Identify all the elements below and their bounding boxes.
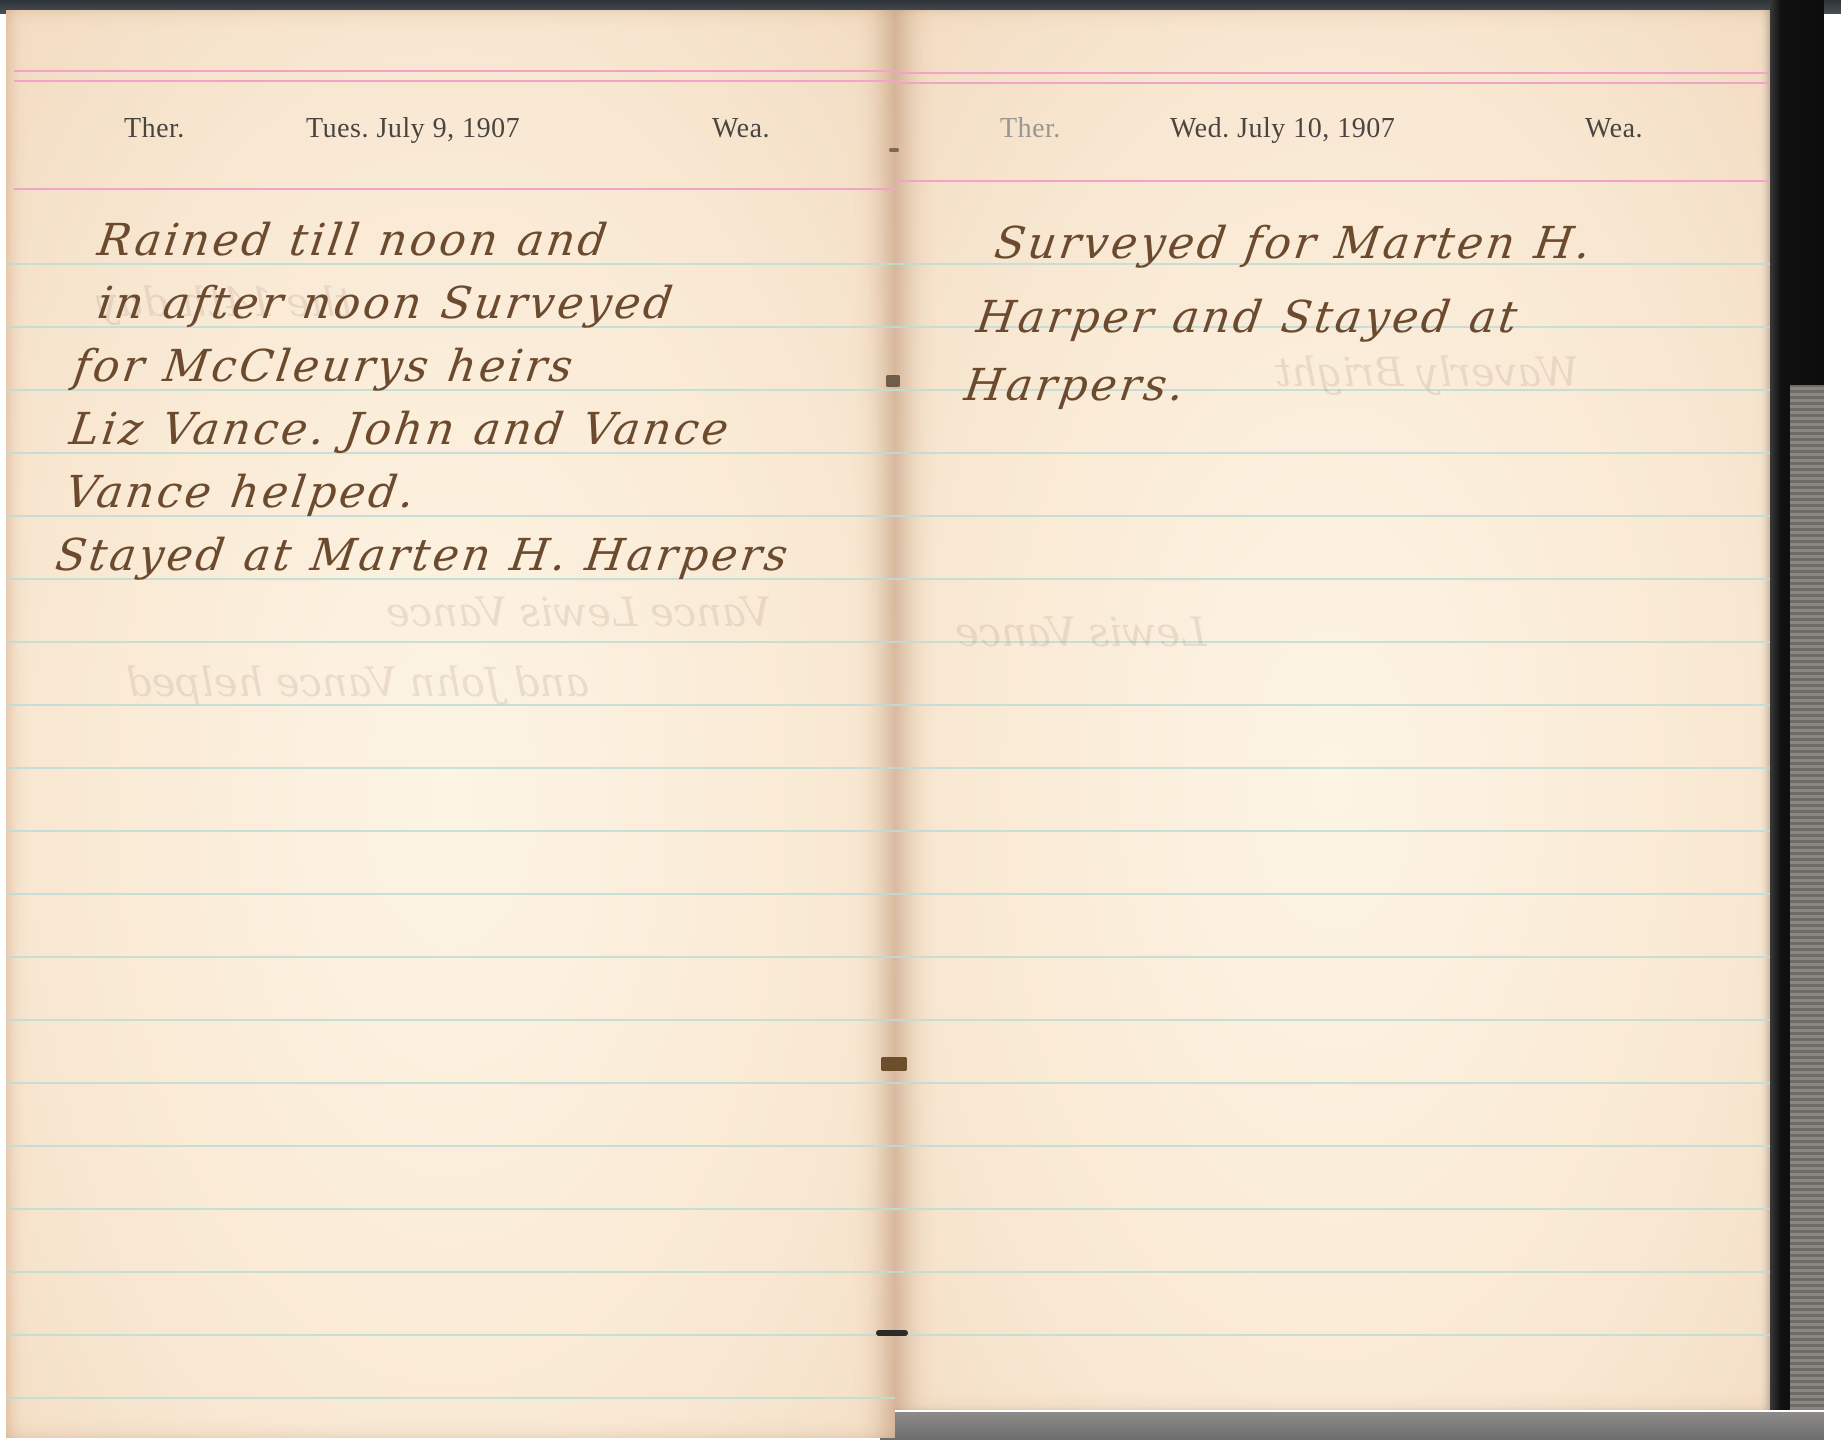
diary-page-july-9: Ther. Tues. July 9, 1907 Wea. the 14th d… xyxy=(6,10,895,1438)
page-block-edge xyxy=(1790,385,1824,1410)
header-rule-bottom xyxy=(14,188,895,190)
binding-thread-mark xyxy=(881,1057,907,1071)
ruled-line xyxy=(6,767,895,769)
handwritten-line: in after noon Surveyed xyxy=(94,278,678,329)
ruled-line xyxy=(6,1145,895,1147)
wea-label: Wea. xyxy=(712,113,770,145)
bleed-through: Waverly Bright xyxy=(1275,350,1579,396)
binding-thread-mark xyxy=(889,148,899,152)
binding-thread-mark xyxy=(886,375,900,387)
ruled-line xyxy=(895,1271,1770,1273)
date-heading: Tues. July 9, 1907 xyxy=(306,113,520,145)
handwritten-line: Liz Vance. John and Vance xyxy=(66,404,734,455)
ruled-line xyxy=(6,893,895,895)
ruled-line xyxy=(895,578,1770,580)
book-cover-bottom-edge xyxy=(880,1412,1824,1440)
handwritten-line: Surveyed for Marten H. xyxy=(991,218,1596,269)
ruled-line xyxy=(6,641,895,643)
ruled-line xyxy=(895,956,1770,958)
ther-label: Ther. xyxy=(1000,113,1061,145)
ruled-line xyxy=(895,452,1770,454)
ruled-line xyxy=(6,830,895,832)
ruled-line xyxy=(6,956,895,958)
header-rule-top-double xyxy=(14,80,895,82)
ruled-line xyxy=(6,1208,895,1210)
ruled-line xyxy=(895,704,1770,706)
ruled-line xyxy=(895,1208,1770,1210)
handwritten-line: for McCleurys heirs xyxy=(70,341,578,392)
ruled-line xyxy=(895,893,1770,895)
bleed-through: Lewis Vance xyxy=(955,610,1206,656)
ruled-line xyxy=(895,1019,1770,1021)
bleed-through: and John Vance helped xyxy=(126,660,589,706)
ruled-line xyxy=(895,767,1770,769)
header-rule-bottom xyxy=(895,180,1770,182)
handwritten-line: Stayed at Marten H. Harpers xyxy=(52,530,793,581)
ruled-line xyxy=(6,1019,895,1021)
ruled-line xyxy=(895,515,1770,517)
handwritten-line: Vance helped. xyxy=(62,467,420,518)
bleed-through: Vance Lewis Vance xyxy=(386,590,771,636)
header-rule-top-double xyxy=(895,82,1770,84)
ther-label: Ther. xyxy=(124,113,185,145)
binding-thread-mark xyxy=(876,1330,908,1336)
ruled-line xyxy=(895,830,1770,832)
header-rule-top xyxy=(14,70,895,72)
ruled-line xyxy=(895,1145,1770,1147)
ruled-line xyxy=(6,1334,895,1336)
ruled-line xyxy=(895,1082,1770,1084)
handwritten-line: Harper and Stayed at xyxy=(973,292,1523,343)
header-rule-top xyxy=(895,72,1770,74)
ruled-line xyxy=(895,1334,1770,1336)
wea-label: Wea. xyxy=(1585,113,1643,145)
diary-page-july-10: Ther. Wed. July 10, 1907 Wea. Waverly Br… xyxy=(895,10,1770,1410)
ruled-line xyxy=(6,1397,895,1399)
ruled-line xyxy=(6,1271,895,1273)
handwritten-line: Harpers. xyxy=(961,360,1190,411)
handwritten-line: Rained till noon and xyxy=(94,215,612,266)
ruled-line xyxy=(6,1082,895,1084)
date-heading: Wed. July 10, 1907 xyxy=(1170,113,1395,145)
